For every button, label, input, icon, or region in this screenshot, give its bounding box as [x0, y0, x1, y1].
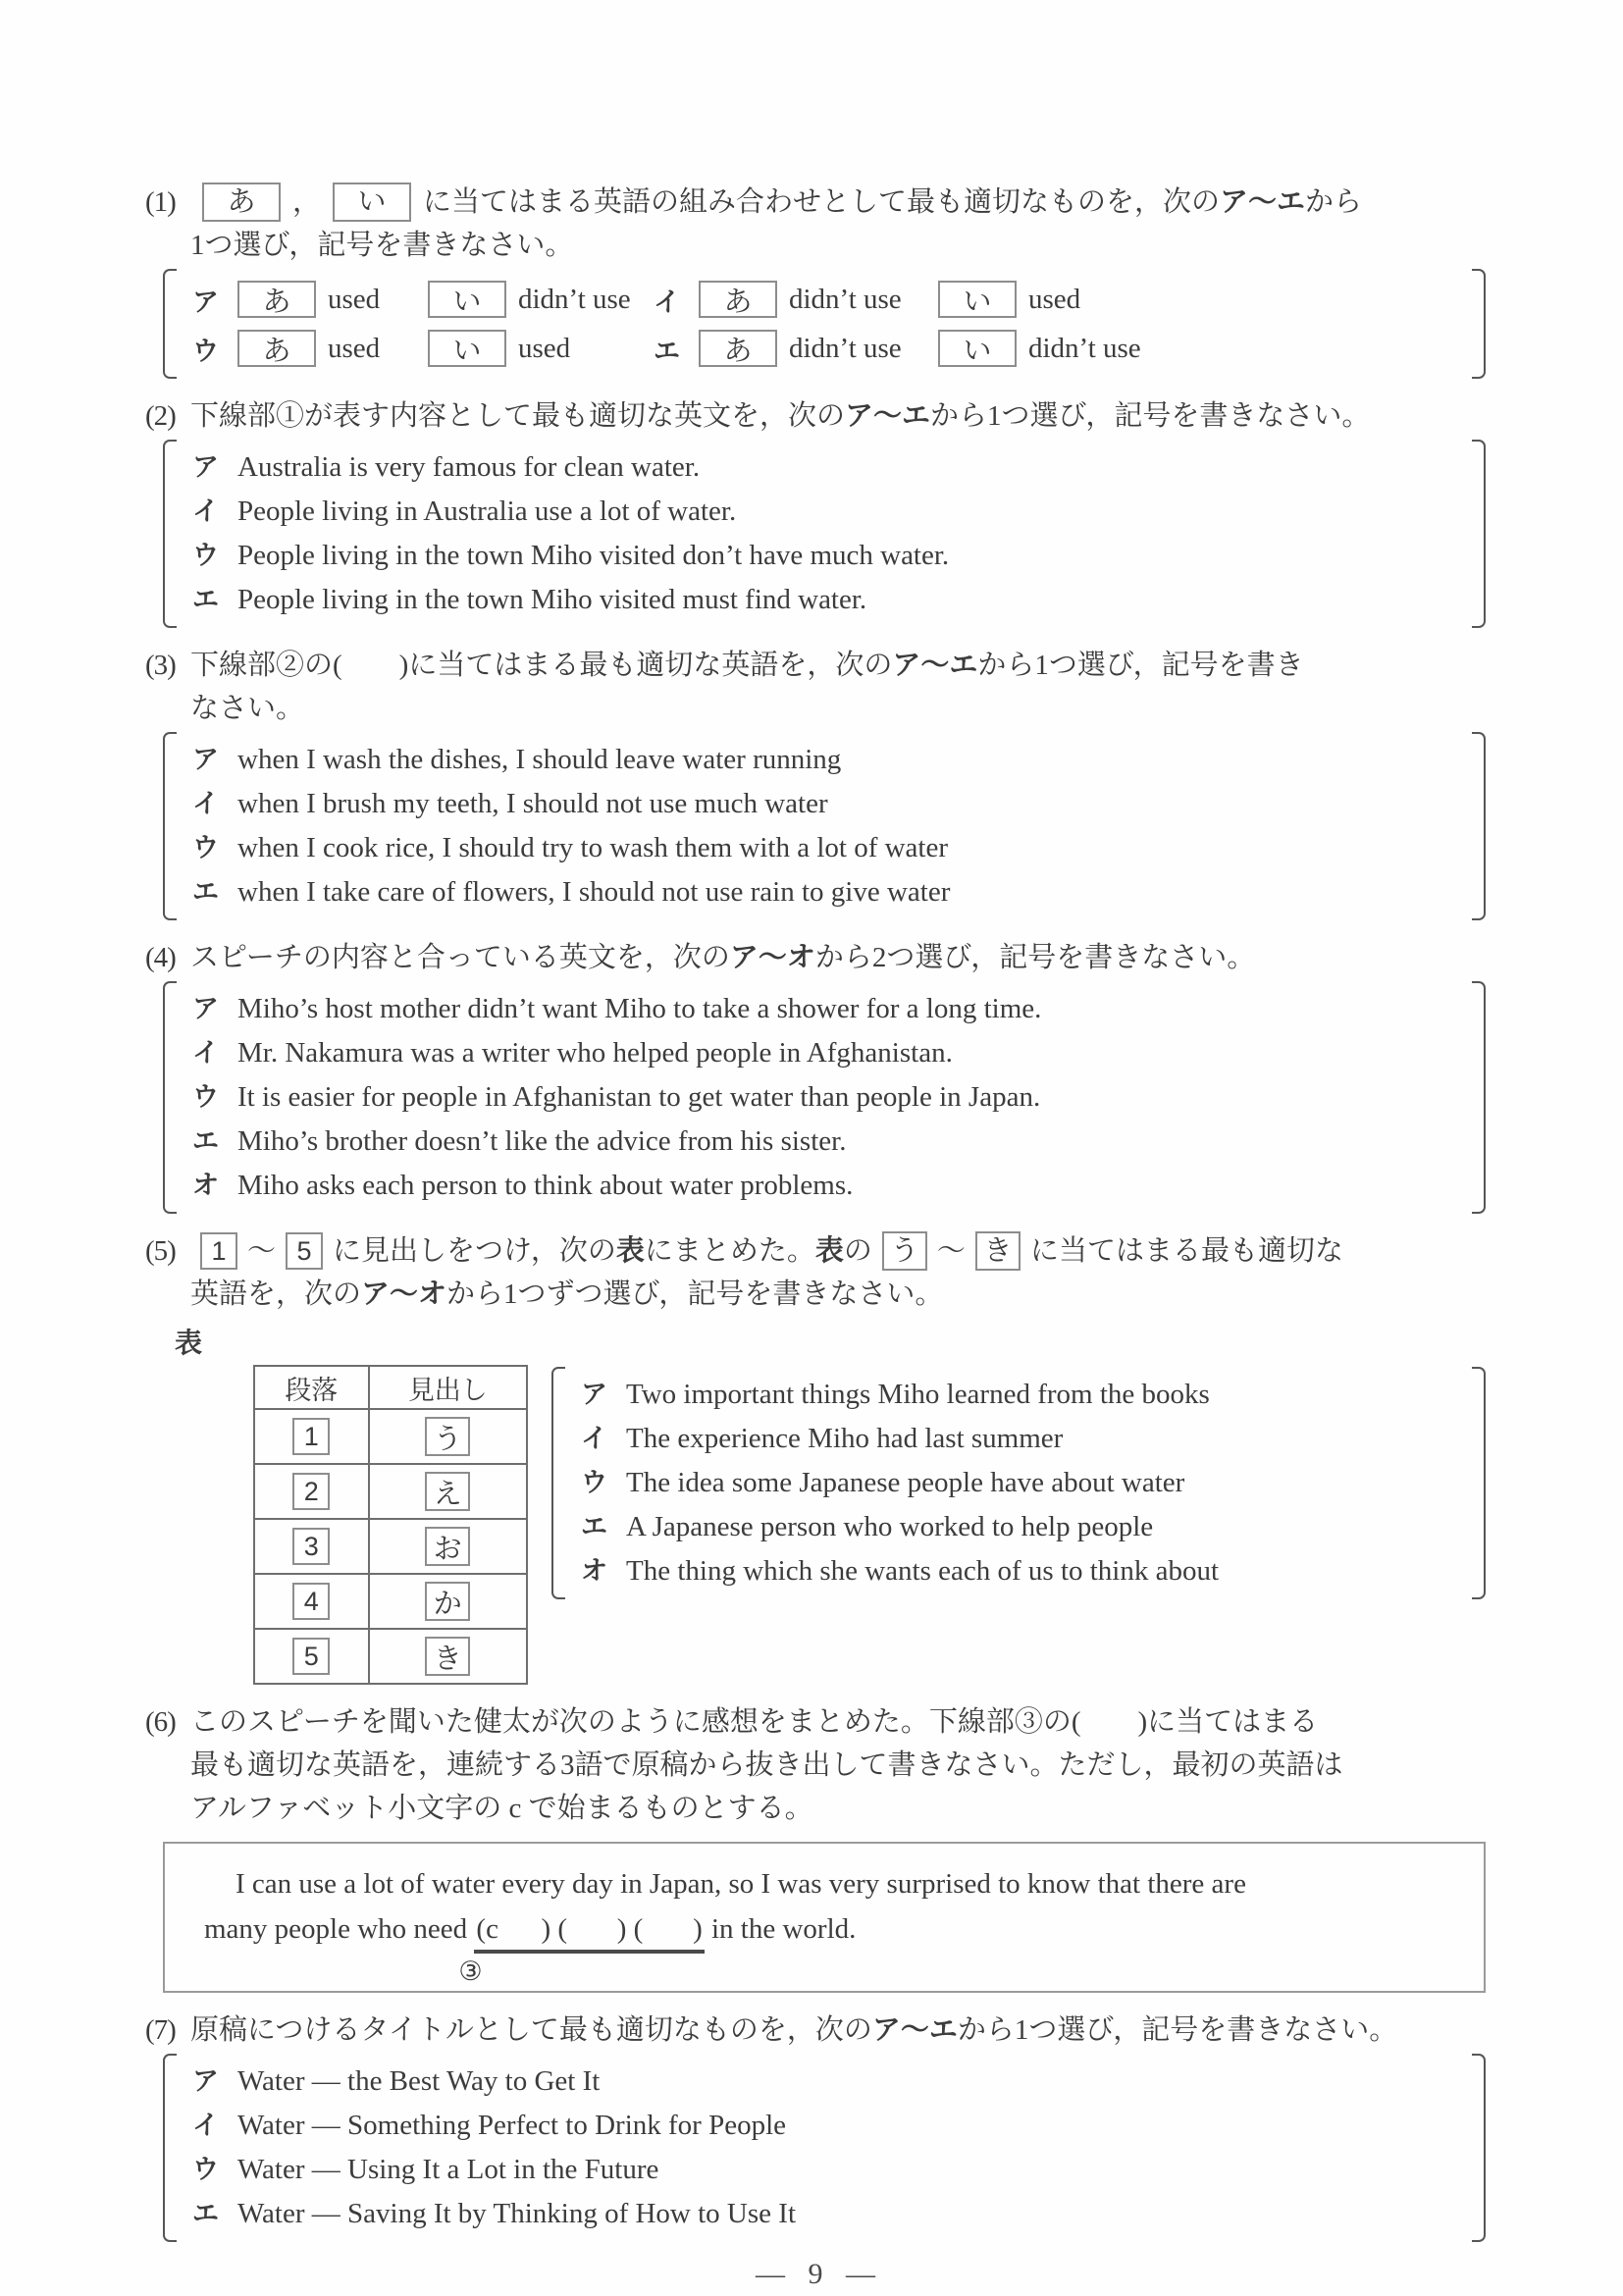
option-u: ウ あ used い used	[177, 330, 638, 368]
table-row: 5 き	[254, 1629, 527, 1684]
option-text: when I take care of flowers, I should no…	[237, 870, 1472, 914]
option-row: アwhen I wash the dishes, I should leave …	[177, 738, 1472, 782]
heading-answer-box: か	[425, 1582, 470, 1621]
question-3-number: (3)	[145, 645, 190, 686]
question-1-prompt-pre: に当てはまる英語の組み合わせとして最も適切なものを，次の	[423, 182, 1220, 223]
table-row: 1 う	[254, 1409, 527, 1464]
option-text: Mr. Nakamura was a writer who helped peo…	[237, 1031, 1472, 1075]
option-marker: ウ	[177, 2148, 237, 2192]
question-6-prompt-line3: アルファベット小文字の c で始まるものとする。	[190, 1787, 1486, 1830]
question-5-prompt-tail: に当てはまる最も適切な	[1030, 1230, 1343, 1272]
question-7-number: (7)	[145, 2009, 190, 2051]
option-marker: イ	[177, 2104, 237, 2148]
left-bracket	[163, 2054, 177, 2242]
question-1-option-grid: ア あ used い didn’t use イ あ didn’t use い u…	[177, 269, 1472, 379]
table-row: 2 え	[254, 1464, 527, 1519]
option-row: ウwhen I cook rice, I should try to wash …	[177, 826, 1472, 870]
answer-box-i: い	[428, 330, 506, 367]
exam-page: (1) あ ， い に当てはまる英語の組み合わせとして最も適切なものを，次のア〜…	[0, 0, 1623, 2296]
option-marker: エ	[177, 870, 237, 914]
page-number: — 9 —	[145, 2258, 1486, 2291]
paragraph-box-5: 5	[286, 1232, 323, 1270]
answer-box-i: い	[333, 183, 411, 222]
heading-answer-box: え	[425, 1472, 470, 1511]
option-text: when I brush my teeth, I should not use …	[237, 782, 1472, 826]
option-text: Water — Saving It by Thinking of How to …	[237, 2192, 1472, 2236]
right-bracket	[1472, 981, 1486, 1214]
question-2-options: アAustralia is very famous for clean wate…	[163, 440, 1486, 628]
option-marker: ア	[177, 987, 237, 1031]
question-5: (5) 1 〜 5 に見出しをつけ，次の表にまとめた。表の う 〜 き に当ては…	[145, 1229, 1486, 1685]
heading-answer-box: う	[425, 1417, 470, 1456]
option-marker: エ	[177, 578, 237, 622]
paragraph-table: 段落 見出し 1 う 2 え 3 お	[253, 1365, 528, 1685]
option-row: イPeople living in Australia use a lot of…	[177, 490, 1472, 534]
question-7-option-list: アWater — the Best Way to Get It イWater —…	[177, 2054, 1472, 2242]
option-text: People living in the town Miho visited m…	[237, 578, 1472, 622]
question-1-prompt-post: から	[1305, 182, 1362, 223]
option-row: オMiho asks each person to think about wa…	[177, 1164, 1472, 1208]
comment-line-2: many people who need (c ) ( ) ( )③ in th…	[204, 1906, 1454, 1952]
question-2-number: (2)	[145, 395, 190, 437]
answer-box-a: あ	[699, 330, 777, 367]
option-row: イwhen I brush my teeth, I should not use…	[177, 782, 1472, 826]
column-header-paragraph: 段落	[254, 1366, 369, 1409]
option-text: It is easier for people in Afghanistan t…	[237, 1075, 1472, 1120]
option-row: アMiho’s host mother didn’t want Miho to …	[177, 987, 1472, 1031]
answer-box-a: あ	[237, 281, 316, 318]
option-text: Water — Using It a Lot in the Future	[237, 2148, 1472, 2192]
left-bracket	[163, 732, 177, 920]
question-3-header: (3) 下線部②の( )に当てはまる最も適切な英語を，次のア〜エから1つ選び，記…	[145, 644, 1486, 687]
question-1-prompt-bold: ア〜エ	[1220, 182, 1305, 223]
option-text: Miho asks each person to think about wat…	[237, 1164, 1472, 1208]
question-1-prompt-line2: 1つ選び，記号を書きなさい。	[190, 224, 1486, 267]
answer-box-a: あ	[699, 281, 777, 318]
option-row: エWater — Saving It by Thinking of How to…	[177, 2192, 1472, 2236]
question-4-header: (4) スピーチの内容と合っている英文を，次のア〜オから2つ選び，記号を書きなさ…	[145, 936, 1486, 979]
question-2-prompt: 下線部①が表す内容として最も適切な英文を，次のア〜エから1つ選び，記号を書きなさ…	[190, 395, 1370, 437]
option-row: エA Japanese person who worked to help pe…	[565, 1505, 1472, 1549]
option-text: Miho’s host mother didn’t want Miho to t…	[237, 987, 1472, 1031]
option-marker: エ	[565, 1505, 626, 1549]
option-word: didn’t use	[1028, 333, 1141, 365]
tilde: 〜	[247, 1230, 276, 1272]
question-3-prompt-line2: なさい。	[190, 687, 1486, 730]
heading-answer-box: お	[425, 1527, 470, 1566]
question-6: (6) このスピーチを聞いた健太が次のように感想をまとめた。下線部③の( )に当…	[145, 1700, 1486, 1993]
question-4-prompt: スピーチの内容と合っている英文を，次のア〜オから2つ選び，記号を書きなさい。	[190, 937, 1255, 978]
table-row: 4 か	[254, 1574, 527, 1629]
option-text: when I cook rice, I should try to wash t…	[237, 826, 1472, 870]
option-marker: ア	[177, 445, 237, 490]
question-7-options: アWater — the Best Way to Get It イWater —…	[163, 2054, 1486, 2242]
right-bracket	[1472, 732, 1486, 920]
option-marker: エ	[177, 2192, 237, 2236]
paragraph-box-1: 1	[200, 1232, 237, 1270]
question-3-prompt: 下線部②の( )に当てはまる最も適切な英語を，次のア〜エから1つ選び，記号を書き	[190, 645, 1304, 686]
separator: ，	[292, 182, 321, 223]
tilde: 〜	[937, 1230, 966, 1272]
answer-box-a: あ	[202, 183, 281, 222]
option-text: when I wash the dishes, I should leave w…	[237, 738, 1472, 782]
option-marker: ウ	[177, 1075, 237, 1120]
question-6-prompt-line1: このスピーチを聞いた健太が次のように感想をまとめた。下線部③の( )に当てはまる	[190, 1701, 1318, 1743]
option-marker: イ	[177, 1031, 237, 1075]
option-word: didn’t use	[789, 284, 938, 316]
option-row: ア あ used い didn’t use イ あ didn’t use い u…	[177, 275, 1472, 324]
heading-answer-box: き	[425, 1637, 470, 1676]
left-bracket	[163, 269, 177, 379]
option-marker: イ	[177, 782, 237, 826]
option-marker: オ	[177, 1164, 237, 1208]
question-1: (1) あ ， い に当てはまる英語の組み合わせとして最も適切なものを，次のア〜…	[145, 181, 1486, 379]
option-marker: ウ	[177, 826, 237, 870]
fill-in-blank: (c ) ( ) ( )③	[474, 1913, 704, 1954]
column-header-heading: 見出し	[369, 1366, 527, 1409]
question-1-header: (1) あ ， い に当てはまる英語の組み合わせとして最も適切なものを，次のア〜…	[145, 181, 1486, 224]
question-3-option-list: アwhen I wash the dishes, I should leave …	[177, 732, 1472, 920]
option-word: used	[328, 333, 428, 365]
answer-box-i: い	[938, 330, 1017, 367]
option-row: オThe thing which she wants each of us to…	[565, 1549, 1472, 1593]
table-header-row: 段落 見出し	[254, 1366, 527, 1409]
option-row: エPeople living in the town Miho visited …	[177, 578, 1472, 622]
option-marker: イ	[565, 1417, 626, 1461]
option-text: The idea some Japanese people have about…	[626, 1461, 1472, 1505]
right-bracket	[1472, 1367, 1486, 1599]
left-bracket	[163, 981, 177, 1214]
option-row: アAustralia is very famous for clean wate…	[177, 445, 1472, 490]
kenta-comment-box: I can use a lot of water every day in Ja…	[163, 1842, 1486, 1993]
option-marker: エ	[638, 330, 699, 368]
option-marker: ウ	[177, 534, 237, 578]
option-text: People living in Australia use a lot of …	[237, 490, 1472, 534]
option-row: ウThe idea some Japanese people have abou…	[565, 1461, 1472, 1505]
question-4: (4) スピーチの内容と合っている英文を，次のア〜オから2つ選び，記号を書きなさ…	[145, 936, 1486, 1214]
option-word: used	[518, 333, 570, 365]
option-row: イMr. Nakamura was a writer who helped pe…	[177, 1031, 1472, 1075]
question-6-prompt-line2: 最も適切な英語を，連続する3語で原稿から抜き出して書きなさい。ただし，最初の英語…	[190, 1744, 1486, 1787]
option-row: エwhen I take care of flowers, I should n…	[177, 870, 1472, 914]
question-7: (7) 原稿につけるタイトルとして最も適切なものを，次のア〜エから1つ選び，記号…	[145, 2009, 1486, 2242]
option-row: アTwo important things Miho learned from …	[565, 1373, 1472, 1417]
question-7-prompt: 原稿につけるタイトルとして最も適切なものを，次のア〜エから1つ選び，記号を書きな…	[190, 2009, 1397, 2051]
comment-line-1: I can use a lot of water every day in Ja…	[204, 1861, 1454, 1906]
option-text: The thing which she wants each of us to …	[626, 1549, 1472, 1593]
right-bracket	[1472, 440, 1486, 628]
paragraph-number-box: 4	[292, 1583, 330, 1620]
option-marker: ア	[565, 1373, 626, 1417]
question-1-options: ア あ used い didn’t use イ あ didn’t use い u…	[163, 269, 1486, 379]
question-4-options: アMiho’s host mother didn’t want Miho to …	[163, 981, 1486, 1214]
option-marker: イ	[177, 490, 237, 534]
option-marker: ウ	[177, 330, 237, 368]
option-word: didn’t use	[518, 284, 631, 316]
option-text: Water — the Best Way to Get It	[237, 2060, 1472, 2104]
option-row: ウPeople living in the town Miho visited …	[177, 534, 1472, 578]
option-text: People living in the town Miho visited d…	[237, 534, 1472, 578]
paragraph-table-wrap: 段落 見出し 1 う 2 え 3 お	[253, 1365, 528, 1685]
question-7-header: (7) 原稿につけるタイトルとして最も適切なものを，次のア〜エから1つ選び，記号…	[145, 2009, 1486, 2052]
answer-box-i: い	[938, 281, 1017, 318]
question-5-options: アTwo important things Miho learned from …	[551, 1367, 1486, 1599]
heading-box-ki: き	[975, 1231, 1021, 1271]
table-caption: 表	[175, 1322, 1486, 1361]
option-marker: エ	[177, 1120, 237, 1164]
question-1-number: (1)	[145, 182, 190, 223]
option-text: Miho’s brother doesn’t like the advice f…	[237, 1120, 1472, 1164]
paragraph-number-box: 3	[292, 1528, 330, 1565]
option-marker: ウ	[565, 1461, 626, 1505]
option-word: didn’t use	[789, 333, 938, 365]
option-row: アWater — the Best Way to Get It	[177, 2060, 1472, 2104]
option-row: ウIt is easier for people in Afghanistan …	[177, 1075, 1472, 1120]
left-bracket	[551, 1367, 565, 1599]
right-bracket	[1472, 2054, 1486, 2242]
question-2-option-list: アAustralia is very famous for clean wate…	[177, 440, 1472, 628]
paragraph-number-box: 2	[292, 1473, 330, 1510]
option-a: ア あ used い didn’t use	[177, 281, 638, 319]
option-row: ウ あ used い used エ あ didn’t use い didn’t …	[177, 324, 1472, 373]
answer-box-a: あ	[237, 330, 316, 367]
option-text: Australia is very famous for clean water…	[237, 445, 1472, 490]
question-4-option-list: アMiho’s host mother didn’t want Miho to …	[177, 981, 1472, 1214]
option-marker: ア	[177, 281, 237, 319]
option-row: エMiho’s brother doesn’t like the advice …	[177, 1120, 1472, 1164]
option-marker: ア	[177, 738, 237, 782]
question-3: (3) 下線部②の( )に当てはまる最も適切な英語を，次のア〜エから1つ選び，記…	[145, 644, 1486, 920]
question-5-body: 段落 見出し 1 う 2 え 3 お	[145, 1365, 1486, 1685]
option-text: A Japanese person who worked to help peo…	[626, 1505, 1472, 1549]
table-row: 3 お	[254, 1519, 527, 1574]
question-4-number: (4)	[145, 937, 190, 978]
option-text: Water — Something Perfect to Drink for P…	[237, 2104, 1472, 2148]
question-6-header: (6) このスピーチを聞いた健太が次のように感想をまとめた。下線部③の( )に当…	[145, 1700, 1486, 1744]
heading-box-u: う	[882, 1231, 927, 1271]
question-5-header: (5) 1 〜 5 に見出しをつけ，次の表にまとめた。表の う 〜 き に当ては…	[145, 1229, 1486, 1273]
option-marker: ア	[177, 2060, 237, 2104]
option-row: イThe experience Miho had last summer	[565, 1417, 1472, 1461]
option-word: used	[1028, 284, 1080, 316]
question-2-header: (2) 下線部①が表す内容として最も適切な英文を，次のア〜エから1つ選び，記号を…	[145, 394, 1486, 438]
option-text: Two important things Miho learned from t…	[626, 1373, 1472, 1417]
option-row: イWater — Something Perfect to Drink for …	[177, 2104, 1472, 2148]
right-bracket	[1472, 269, 1486, 379]
question-3-options: アwhen I wash the dishes, I should leave …	[163, 732, 1486, 920]
paragraph-number-box: 5	[292, 1638, 330, 1675]
circled-3-marker: ③	[458, 1958, 482, 1985]
answer-box-i: い	[428, 281, 506, 318]
option-marker: イ	[638, 281, 699, 319]
option-word: used	[328, 284, 428, 316]
left-bracket	[163, 440, 177, 628]
option-text: The experience Miho had last summer	[626, 1417, 1472, 1461]
question-2: (2) 下線部①が表す内容として最も適切な英文を，次のア〜エから1つ選び，記号を…	[145, 394, 1486, 628]
option-i: イ あ didn’t use い used	[638, 281, 1472, 319]
question-5-option-list: アTwo important things Miho learned from …	[565, 1367, 1472, 1599]
question-5-prompt-line2: 英語を，次のア〜オから1つずつ選び，記号を書きなさい。	[190, 1273, 1486, 1316]
question-6-number: (6)	[145, 1701, 190, 1743]
question-5-prompt: に見出しをつけ，次の表にまとめた。表の	[333, 1230, 872, 1272]
question-5-number: (5)	[145, 1230, 190, 1272]
option-row: ウWater — Using It a Lot in the Future	[177, 2148, 1472, 2192]
paragraph-number-box: 1	[292, 1418, 330, 1455]
option-marker: オ	[565, 1549, 626, 1593]
option-e: エ あ didn’t use い didn’t use	[638, 330, 1472, 368]
